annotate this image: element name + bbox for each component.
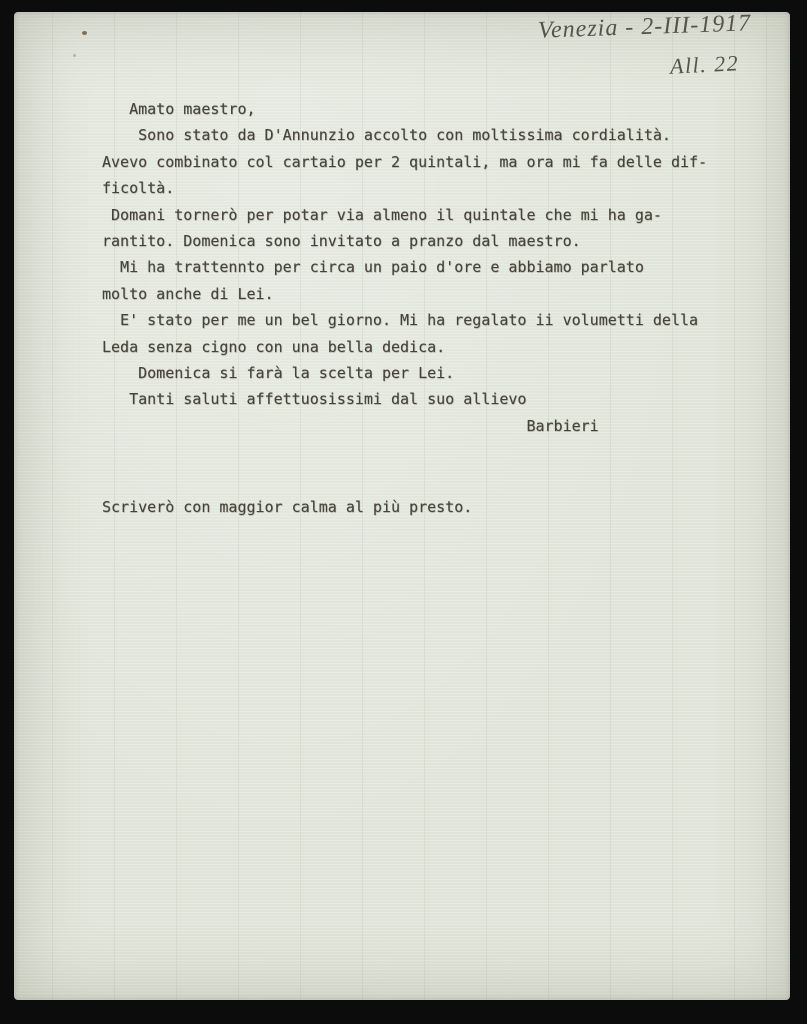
letter-line: Mi ha trattennto per circa un paio d'ore… <box>102 254 707 280</box>
handwritten-reference: All. 22 <box>669 50 739 80</box>
letter-body: Amato maestro, Sono stato da D'Annunzio … <box>102 96 707 439</box>
paper-stain <box>82 31 87 35</box>
letter-line: Barbieri <box>102 413 707 439</box>
letter-line: Leda senza cigno con una bella dedica. <box>102 334 707 360</box>
letter-line: Tanti saluti affettuosissimi dal suo all… <box>102 386 707 412</box>
letter-line: ficoltà. <box>102 175 707 201</box>
scan-background: Venezia - 2-III-1917 All. 22 Amato maest… <box>0 0 807 1024</box>
letter-line: Sono stato da D'Annunzio accolto con mol… <box>102 122 707 148</box>
letter-line: Domani tornerò per potar via almeno il q… <box>102 202 707 228</box>
letter-paper: Venezia - 2-III-1917 All. 22 Amato maest… <box>14 12 790 1000</box>
letter-line: Avevo combinato col cartaio per 2 quinta… <box>102 149 707 175</box>
letter-line: rantito. Domenica sono invitato a pranzo… <box>102 228 707 254</box>
letter-line: Amato maestro, <box>102 96 707 122</box>
letter-line: Domenica si farà la scelta per Lei. <box>102 360 707 386</box>
letter-line: E' stato per me un bel giorno. Mi ha reg… <box>102 307 707 333</box>
paper-stain <box>73 54 76 57</box>
letter-line: molto anche di Lei. <box>102 281 707 307</box>
letter-postscript: Scriverò con maggior calma al più presto… <box>102 494 472 520</box>
handwritten-date: Venezia - 2-III-1917 <box>538 10 752 44</box>
